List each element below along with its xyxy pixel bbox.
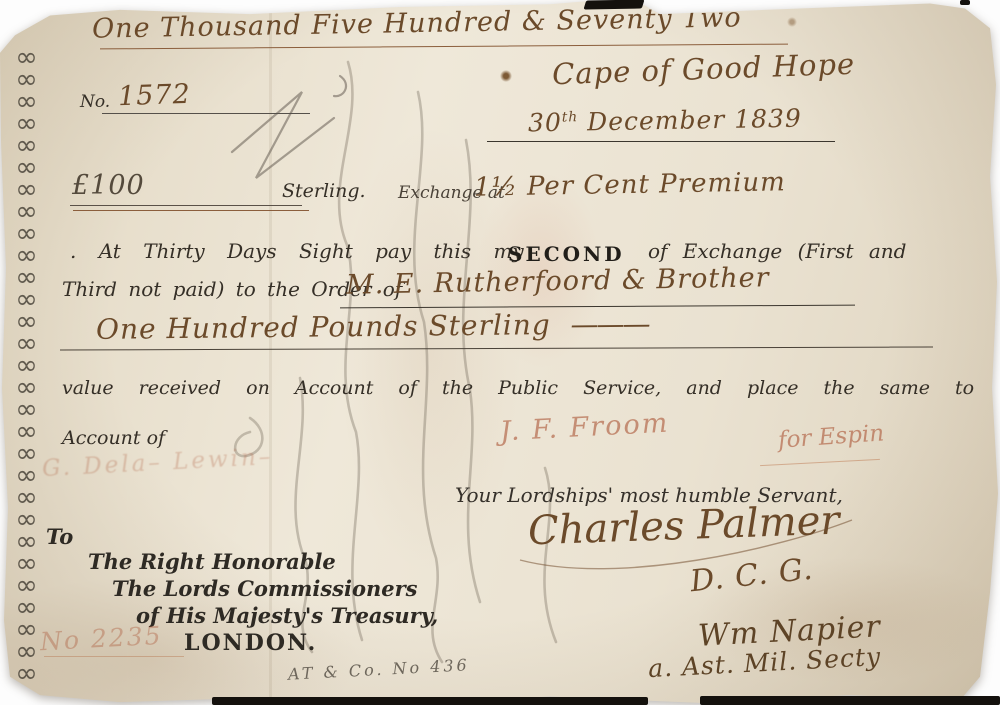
address-line4: LONDON. <box>184 630 317 656</box>
top-underline <box>100 44 788 50</box>
amount-words-text: One Hundred Pounds Sterling <box>96 308 551 346</box>
address-line1: The Right Honorable <box>88 549 336 574</box>
no-underline <box>102 113 310 114</box>
address-to: To <box>46 524 73 549</box>
account-of-label: Account of <box>62 427 165 449</box>
address-line2: The Lords Commissioners <box>112 576 418 601</box>
amount-dash: ——— <box>570 307 648 341</box>
coil-border-pattern: ∞∞∞∞∞∞∞∞∞∞∞∞∞∞∞∞∞∞∞∞∞∞∞∞∞∞∞∞∞∞∞∞∞∞ <box>2 42 44 667</box>
paper-sheet: ∞∞∞∞∞∞∞∞∞∞∞∞∞∞∞∞∞∞∞∞∞∞∞∞∞∞∞∞∞∞∞∞∞∞ <box>0 0 1000 705</box>
signature-charles-palmer: Charles Palmer <box>527 498 840 555</box>
exchange-value: 1½ Per Cent Premium <box>474 167 786 202</box>
date-day: 30 <box>528 108 562 138</box>
scan-edge-dot-top <box>960 0 970 5</box>
paper-shadow: ∞∞∞∞∞∞∞∞∞∞∞∞∞∞∞∞∞∞∞∞∞∞∞∞∞∞∞∞∞∞∞∞∞∞ <box>0 0 1000 705</box>
scan-edge-strip-bottom-right <box>700 696 1000 705</box>
amount-words-underline <box>60 346 933 350</box>
date-line: 30th December 1839 <box>528 104 802 138</box>
scan-edge-strip-bottom-left <box>212 697 648 705</box>
amount-words-top: One Thousand Five Hundred & Seventy Two <box>92 2 742 44</box>
red-number: No 2235 <box>39 621 163 656</box>
date-suffix: th <box>562 109 579 125</box>
sight-clause: . At Thirty Days Sight pay this my <box>70 239 524 263</box>
sterling-label: Sterling. <box>282 180 366 202</box>
red-endorsement-for: for Espin <box>777 420 885 453</box>
scanned-bill-of-exchange: ∞∞∞∞∞∞∞∞∞∞∞∞∞∞∞∞∞∞∞∞∞∞∞∞∞∞∞∞∞∞∞∞∞∞ <box>0 0 1000 705</box>
amount-underline-1 <box>70 205 302 206</box>
value-clause: value received on Account of the Public … <box>62 377 974 399</box>
red-number-underline <box>44 656 184 657</box>
countersignature-title: a. Ast. Mil. Secty <box>647 642 881 683</box>
amount-words: One Hundred Pounds Sterling ——— <box>96 307 649 346</box>
amount-figure: £100 <box>72 170 145 201</box>
signature-title: D. C. G. <box>689 552 815 600</box>
no-label: No. <box>80 92 110 112</box>
date-rest: December 1839 <box>578 104 802 137</box>
faint-red-script: G. Dela– Lewin– <box>41 444 273 482</box>
place-line: Cape of Good Hope <box>551 47 855 92</box>
exchange-clause: of Exchange (First and <box>648 239 906 263</box>
red-endorsement-name: J. F. Froom <box>499 408 670 448</box>
payee-name: M. E. Rutherfoord & Brother <box>346 262 770 300</box>
pencil-note: AT & Co. No 436 <box>288 655 471 683</box>
no-value: 1572 <box>117 79 191 113</box>
amount-underline-2 <box>73 210 309 211</box>
copy-designation: SECOND <box>508 242 625 266</box>
address-line3: of His Majesty's Treasury, <box>136 603 438 628</box>
scan-edge-mark-top <box>583 0 644 10</box>
red-endorsement-underline <box>760 459 880 466</box>
date-underline <box>487 141 835 142</box>
